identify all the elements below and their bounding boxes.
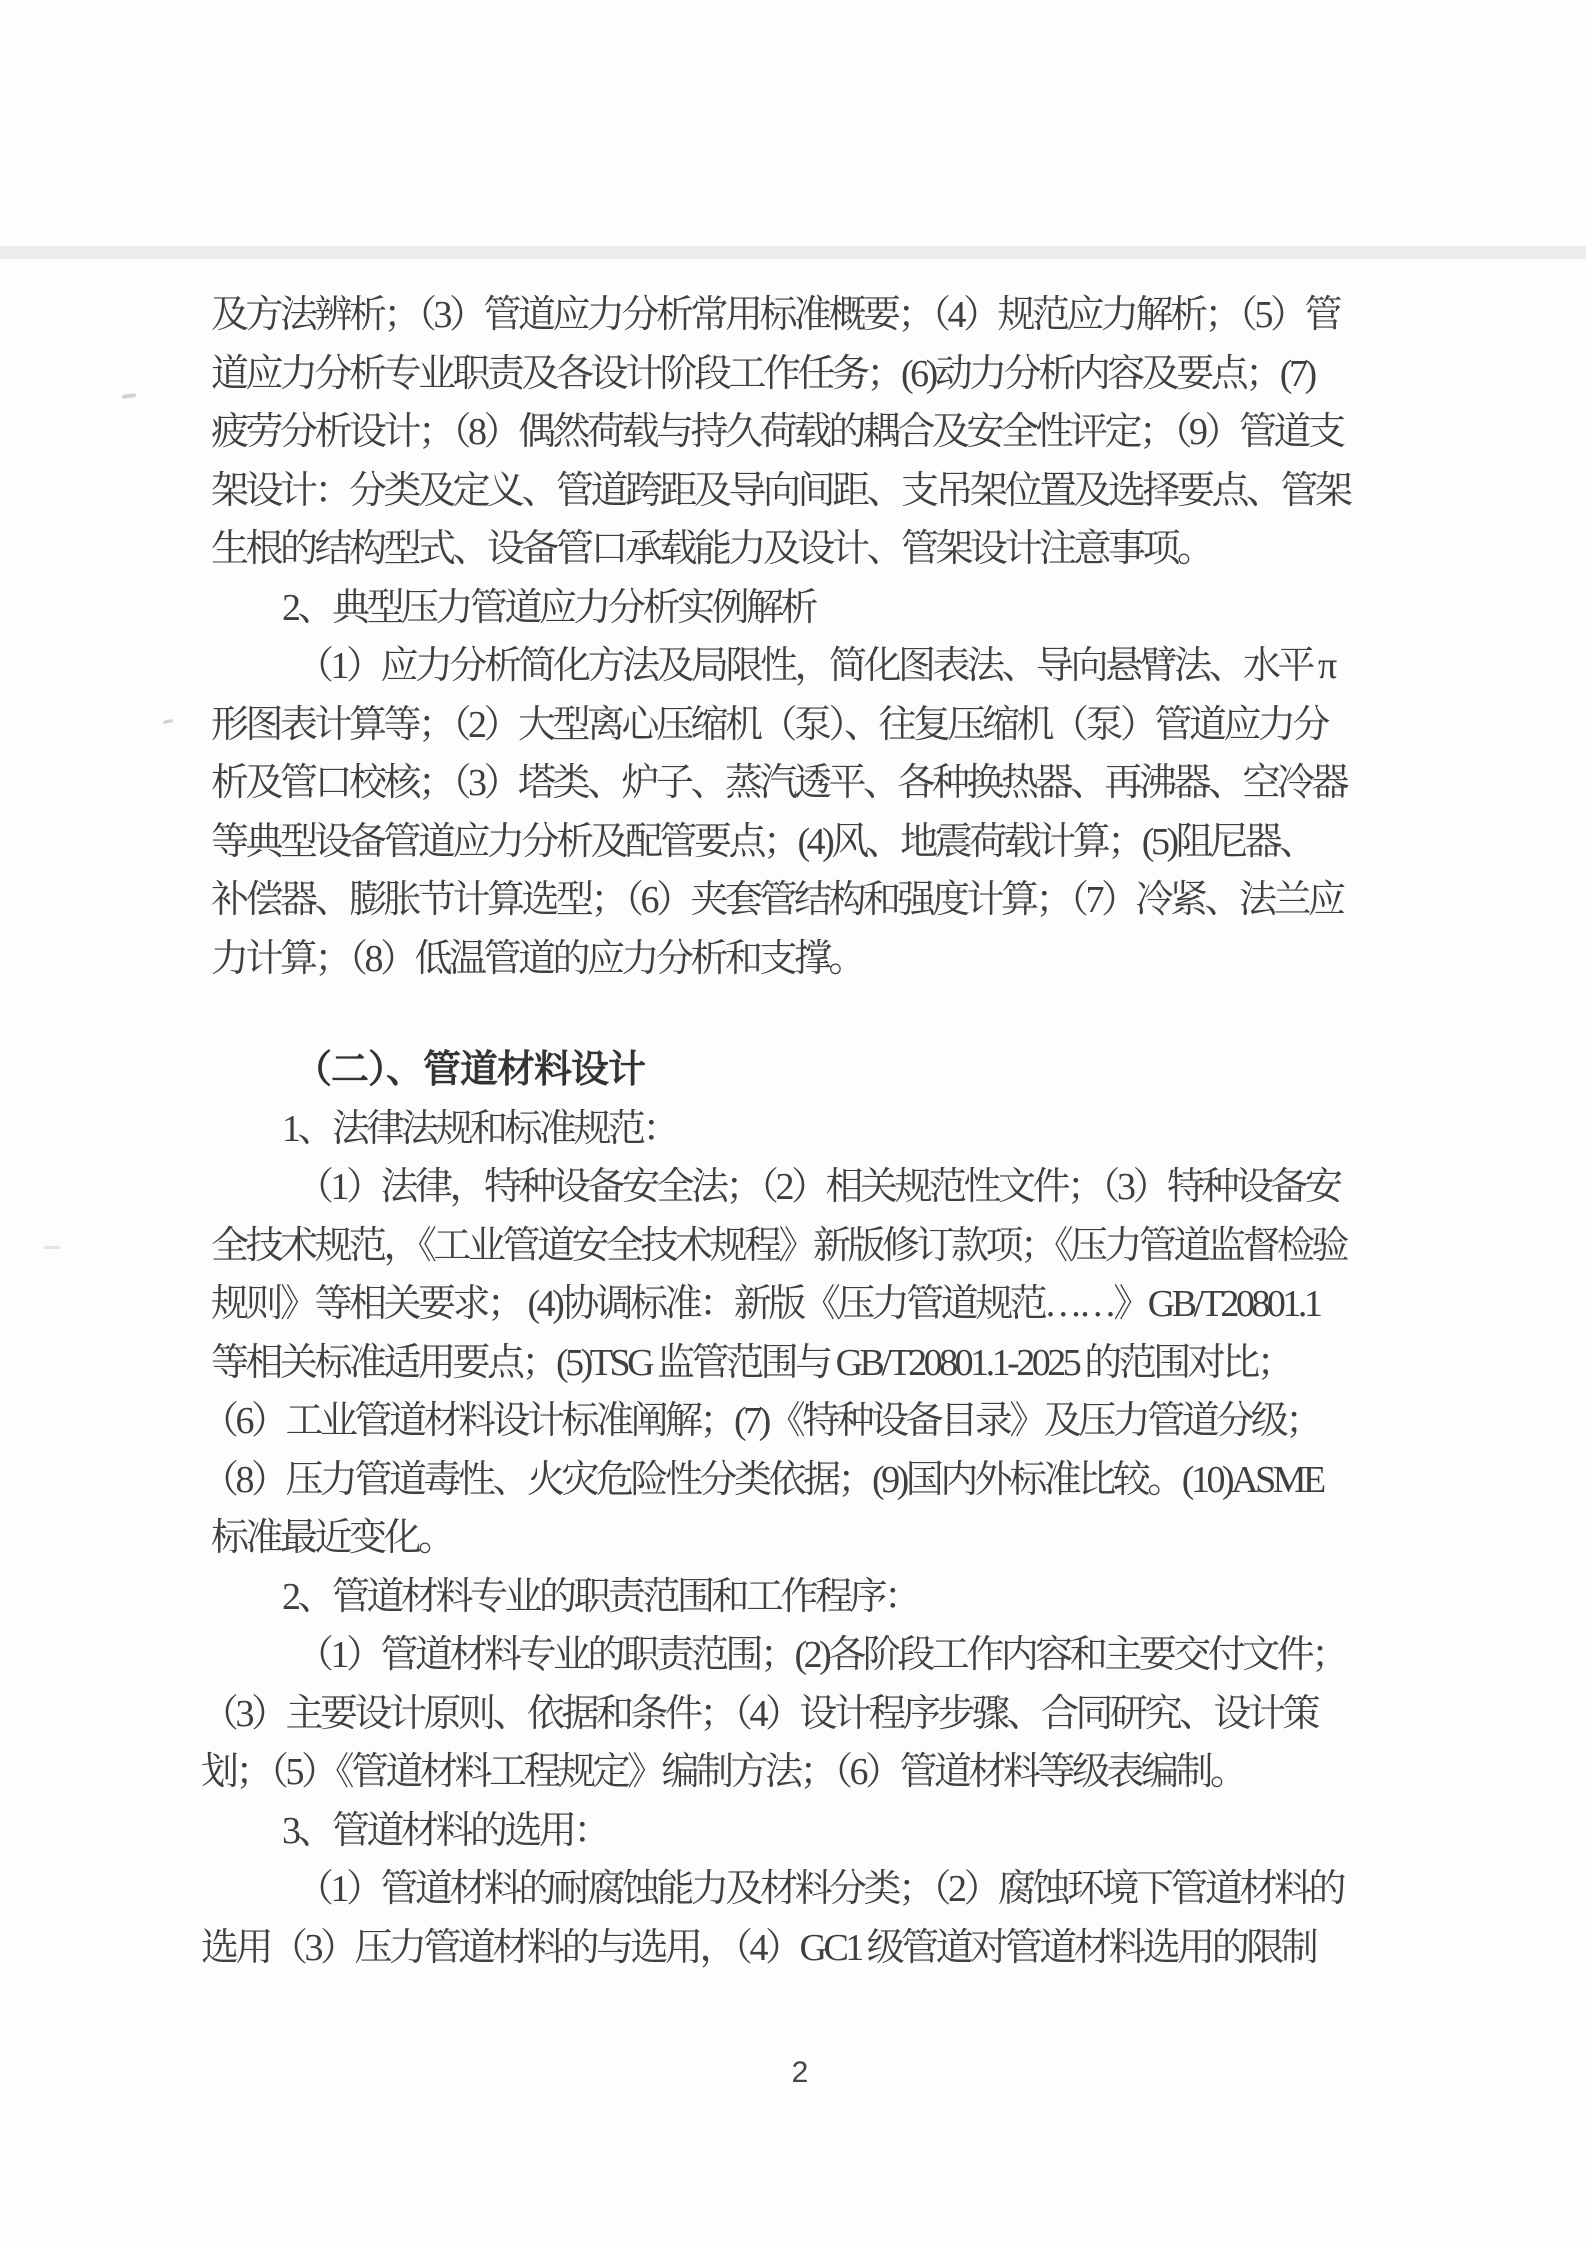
scan-artifact-band [0,246,1586,259]
text-line: （1）管道材料的耐腐蚀能力及材料分类；（2）腐蚀环境下管道材料的 [296,1860,1343,1918]
text-line: （8）压力管道毒性、火灾危险性分类依据；(9)国内外标准比较。(10)ASME [201,1451,1323,1509]
text-line: 选用（3）压力管道材料的与选用，（4）GC1 级管道对管道材料选用的限制 [201,1919,1315,1977]
text-line: 力计算；（8）低温管道的应力分析和支撑。 [211,930,863,988]
section-heading: （二）、管道材料设计 [294,1041,645,1099]
text-line: 等典型设备管道应力分析及配管要点；(4)风、地震荷载计算；(5)阻尼器、 [211,813,1314,871]
text-line: 道应力分析专业职责及各设计阶段工作任务；(6)动力分析内容及要点；(7) [211,345,1314,403]
text-line: （1）法律，特种设备安全法；（2）相关规范性文件；（3）特种设备安 [296,1158,1340,1216]
text-line: 2、典型压力管道应力分析实例解析 [282,579,815,637]
text-line: （1）应力分析简化方法及局限性，简化图表法、导向悬臂法、水平 π [296,637,1334,695]
text-line: 及方法辨析；（3）管道应力分析常用标准概要；（4）规范应力解析；（5）管 [211,286,1339,344]
text-line: 析及管口校核；（3）塔类、炉子、蒸汽透平、各种换热器、再沸器、空冷器 [211,754,1346,812]
text-line: 1、法律法规和标准规范： [282,1100,677,1158]
text-line: 补偿器、膨胀节计算选型；（6）夹套管结构和强度计算；（7）冷紧、法兰应 [211,871,1343,929]
text-line: （3）主要设计原则、依据和条件；（4）设计程序步骤、合同研究、设计策 [201,1685,1317,1743]
text-line: 疲劳分析设计；（8）偶然荷载与持久荷载的耦合及安全性评定；（9）管道支 [211,403,1343,461]
text-line: 3、管道材料的选用： [282,1802,608,1860]
text-line: （6）工业管道材料设计标准阐解；(7)《特种设备目录》及压力管道分级； [201,1392,1320,1450]
text-line: （1）管道材料专业的职责范围；(2)各阶段工作内容和主要交付文件； [296,1626,1346,1684]
text-line: 等相关标准适用要点；(5)TSG 监管范围与 GB/T20801.1-2025 … [211,1334,1291,1392]
text-line: 划；（5）《管道材料工程规定》编制方法；（6）管道材料等级表编制。 [201,1743,1245,1801]
page-number: 2 [748,2052,852,2094]
scan-speck [44,1246,60,1249]
text-line: 生根的结构型式、设备管口承载能力及设计、管架设计注意事项。 [211,520,1212,578]
text-line: 全技术规范，《工业管道安全技术规程》新版修订款项；《压力管道监督检验 [211,1217,1346,1275]
scan-speck [163,719,173,724]
text-line: 2、管道材料专业的职责范围和工作程序： [282,1568,919,1626]
text-line: 架设计：分类及定义、管道跨距及导向间距、支吊架位置及选择要点、管架 [211,462,1350,520]
text-line: 标准最近变化。 [211,1509,453,1567]
text-line: 规则》等相关要求； (4)协调标准：新版《压力管道规范……》GB/T20801.… [211,1275,1319,1333]
scan-speck [122,393,136,399]
text-line: 形图表计算等；（2）大型离心压缩机（泵）、往复压缩机（泵）管道应力分 [211,696,1327,754]
scanned-document-page: 及方法辨析；（3）管道应力分析常用标准概要；（4）规范应力解析；（5）管道应力分… [0,0,1586,2244]
